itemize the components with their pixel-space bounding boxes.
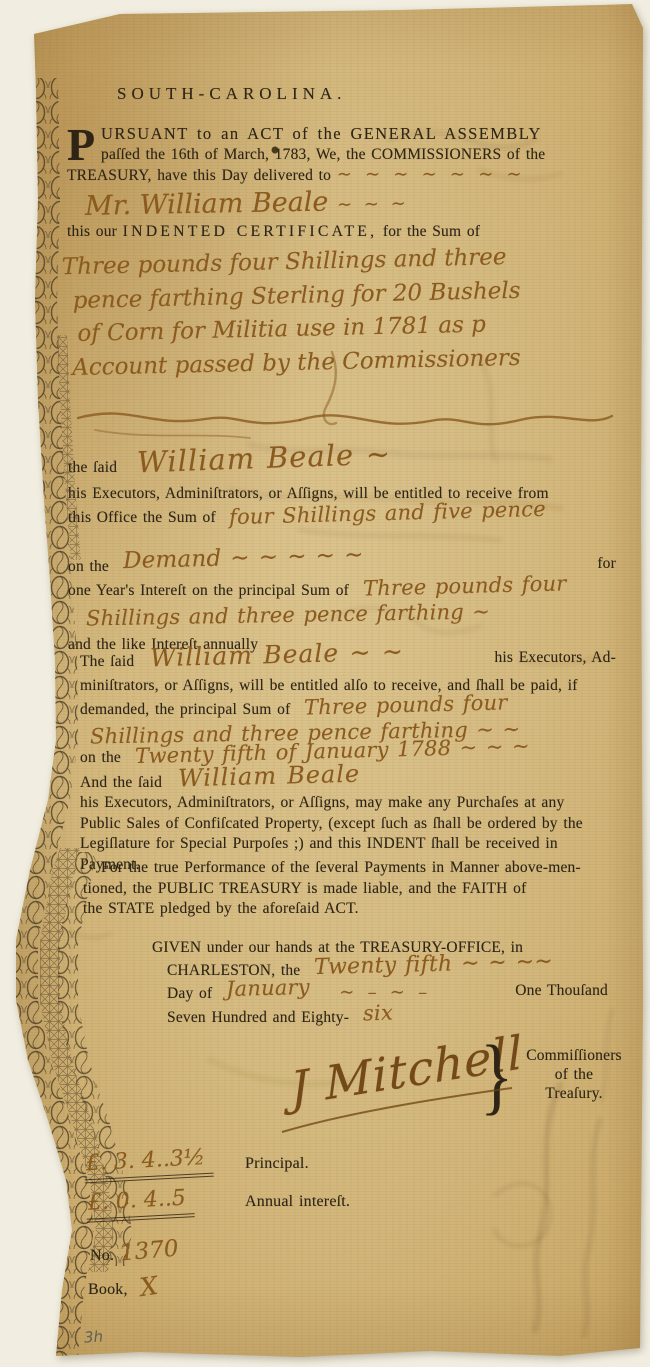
principal-sum-script-b: Shillings and three pence farthing ∼ (68, 596, 616, 633)
certificate-paper: SOUTH-CAROLINA. P URSUANT to an ACT of t… (0, 0, 650, 1367)
principal-row-1: The ſaid William Beale ∼ ∼ his Executors… (80, 648, 616, 676)
book-label: Book, (88, 1280, 128, 1301)
for-word: for (597, 554, 616, 575)
payee-name-script: Mr. William Beale ∼ ∼ ∼ (85, 185, 409, 222)
faith-line-2: tioned, the PUBLIC TREASURY is made liab… (83, 879, 620, 900)
given-row-4: Seven Hundred and Eighty- six (152, 1005, 614, 1029)
book-value: X (138, 1271, 160, 1302)
commissioners-line-2: of the (512, 1065, 636, 1084)
principal-amount-figure: £. 3. 4..3½ (83, 1145, 214, 1184)
demand-script: Demand ∼ ∼ ∼ ∼ ∼ (122, 545, 363, 572)
principal-line-2: miniſtrators, or Aſſigns, will be entitl… (80, 676, 616, 697)
interest-row-3: this Office the Sum of four Shillings an… (68, 505, 616, 529)
the-said-label: the ſaid (68, 459, 117, 476)
number-value: 1370 (119, 1235, 180, 1266)
principal-sum-script-a: Three pounds four (362, 573, 566, 599)
interest-line-3-pre: this Office the Sum of (68, 509, 216, 526)
interest-row-1: the ſaid William Beale ∼ (68, 442, 616, 484)
payee-squiggles: ∼ ∼ ∼ (337, 193, 409, 215)
grant-amount-script: Three pounds four Shillings and three pe… (62, 241, 523, 385)
given-clause: GIVEN under our hands at the TREASURY-OF… (152, 938, 614, 1028)
principal-clause: The ſaid William Beale ∼ ∼ his Executors… (80, 648, 616, 875)
the-said-label-2: The ſaid (80, 653, 134, 670)
intro-paragraph: P URSUANT to an ACT of the GENERAL ASSEM… (67, 124, 615, 187)
payee-name: Mr. William Beale (85, 187, 329, 222)
pen-squiggles: ∼ ∼ ∼ ∼ ∼ ∼ ∼ (337, 164, 525, 185)
document-scan: SOUTH-CAROLINA. P URSUANT to an ACT of t… (0, 0, 650, 1367)
interest-line-4-pre: on the (68, 558, 109, 575)
given-row-2: CHARLESTON, the Twenty fifth ∼ ∼ ∼∼ (152, 959, 614, 982)
beneficiary-name-script: William Beale ∼ (136, 444, 391, 473)
principal-amount-script-a: Three pounds four (304, 692, 508, 718)
principal-row-1-end: his Executors, Ad- (494, 648, 616, 669)
interest-label: Annual intereſt. (245, 1192, 350, 1213)
commissioners-line-1: Commiſſioners (512, 1046, 636, 1065)
interest-line-5-pre: one Year's Intereſt on the principal Sum… (68, 582, 349, 599)
faith-line-3: the STATE pledged by the aforeſaid ACT. (83, 899, 620, 920)
principal-line-9: Legiſlature for Special Purpoſes ;) and … (80, 834, 616, 855)
number-label: No. (90, 1246, 114, 1267)
intro-line-3-text: TREASURY, have this Day delivered to (67, 167, 331, 184)
certificate-line: this our INDENTED CERTIFICATE, for the S… (67, 222, 480, 243)
given-month-script: January (226, 977, 310, 1000)
principal-row-6: And the ſaid William Beale (80, 769, 616, 794)
drop-cap-p: P (67, 126, 95, 164)
certificate-line-post: for the Sum of (383, 223, 480, 240)
interest-clause: the ſaid William Beale ∼ his Executors, … (68, 442, 616, 656)
paper-shadow: SOUTH-CAROLINA. P URSUANT to an ACT of t… (0, 0, 650, 1367)
principal-line-6-pre: And the ſaid (80, 774, 162, 791)
pencil-note: 3h (83, 1327, 103, 1346)
intro-line-3: TREASURY, have this Day delivered to ∼ ∼… (67, 165, 615, 187)
faith-line-1: For the true Performance of the ſeveral … (83, 858, 620, 879)
beneficiary-name-script-3: William Beale (177, 763, 360, 788)
principal-line-3-pre: demanded, the principal Sum of (80, 701, 290, 718)
commissioners-line-3: Treaſury. (512, 1084, 636, 1103)
principal-label: Principal. (245, 1154, 309, 1175)
intro-line-2: paſſed the 16th of March, 1783, We, the … (67, 145, 615, 166)
intro-line-1: URSUANT to an ACT of the GENERAL ASSEMBL… (67, 124, 615, 145)
principal-line-7: his Executors, Adminiſtrators, or Aſſign… (80, 793, 616, 814)
one-thousand-label: One Thouſand (515, 981, 608, 1002)
year-printed-label: Seven Hundred and Eighty- (167, 1009, 349, 1026)
faith-clause: For the true Performance of the ſeveral … (83, 858, 620, 920)
certificate-line-caps: INDENTED CERTIFICATE, (123, 223, 378, 240)
commissioners-title: Commiſſioners of the Treaſury. (512, 1046, 636, 1103)
given-day-script: Twenty fifth ∼ ∼ ∼∼ (314, 951, 553, 978)
state-heading: SOUTH-CAROLINA. (117, 84, 346, 105)
beneficiary-name-script-2: William Beale ∼ ∼ (150, 642, 404, 669)
signature-brace: } (480, 1040, 513, 1110)
day-of-label: Day of (167, 985, 212, 1002)
certificate-line-pre: this our (67, 223, 117, 240)
principal-line-5-pre: on the (80, 749, 121, 766)
interest-amount-figure: £. 0. 4..5 (85, 1185, 194, 1223)
year-script: six (362, 1002, 392, 1023)
principal-line-8: Public Sales of Confiſcated Property, (e… (80, 814, 616, 835)
